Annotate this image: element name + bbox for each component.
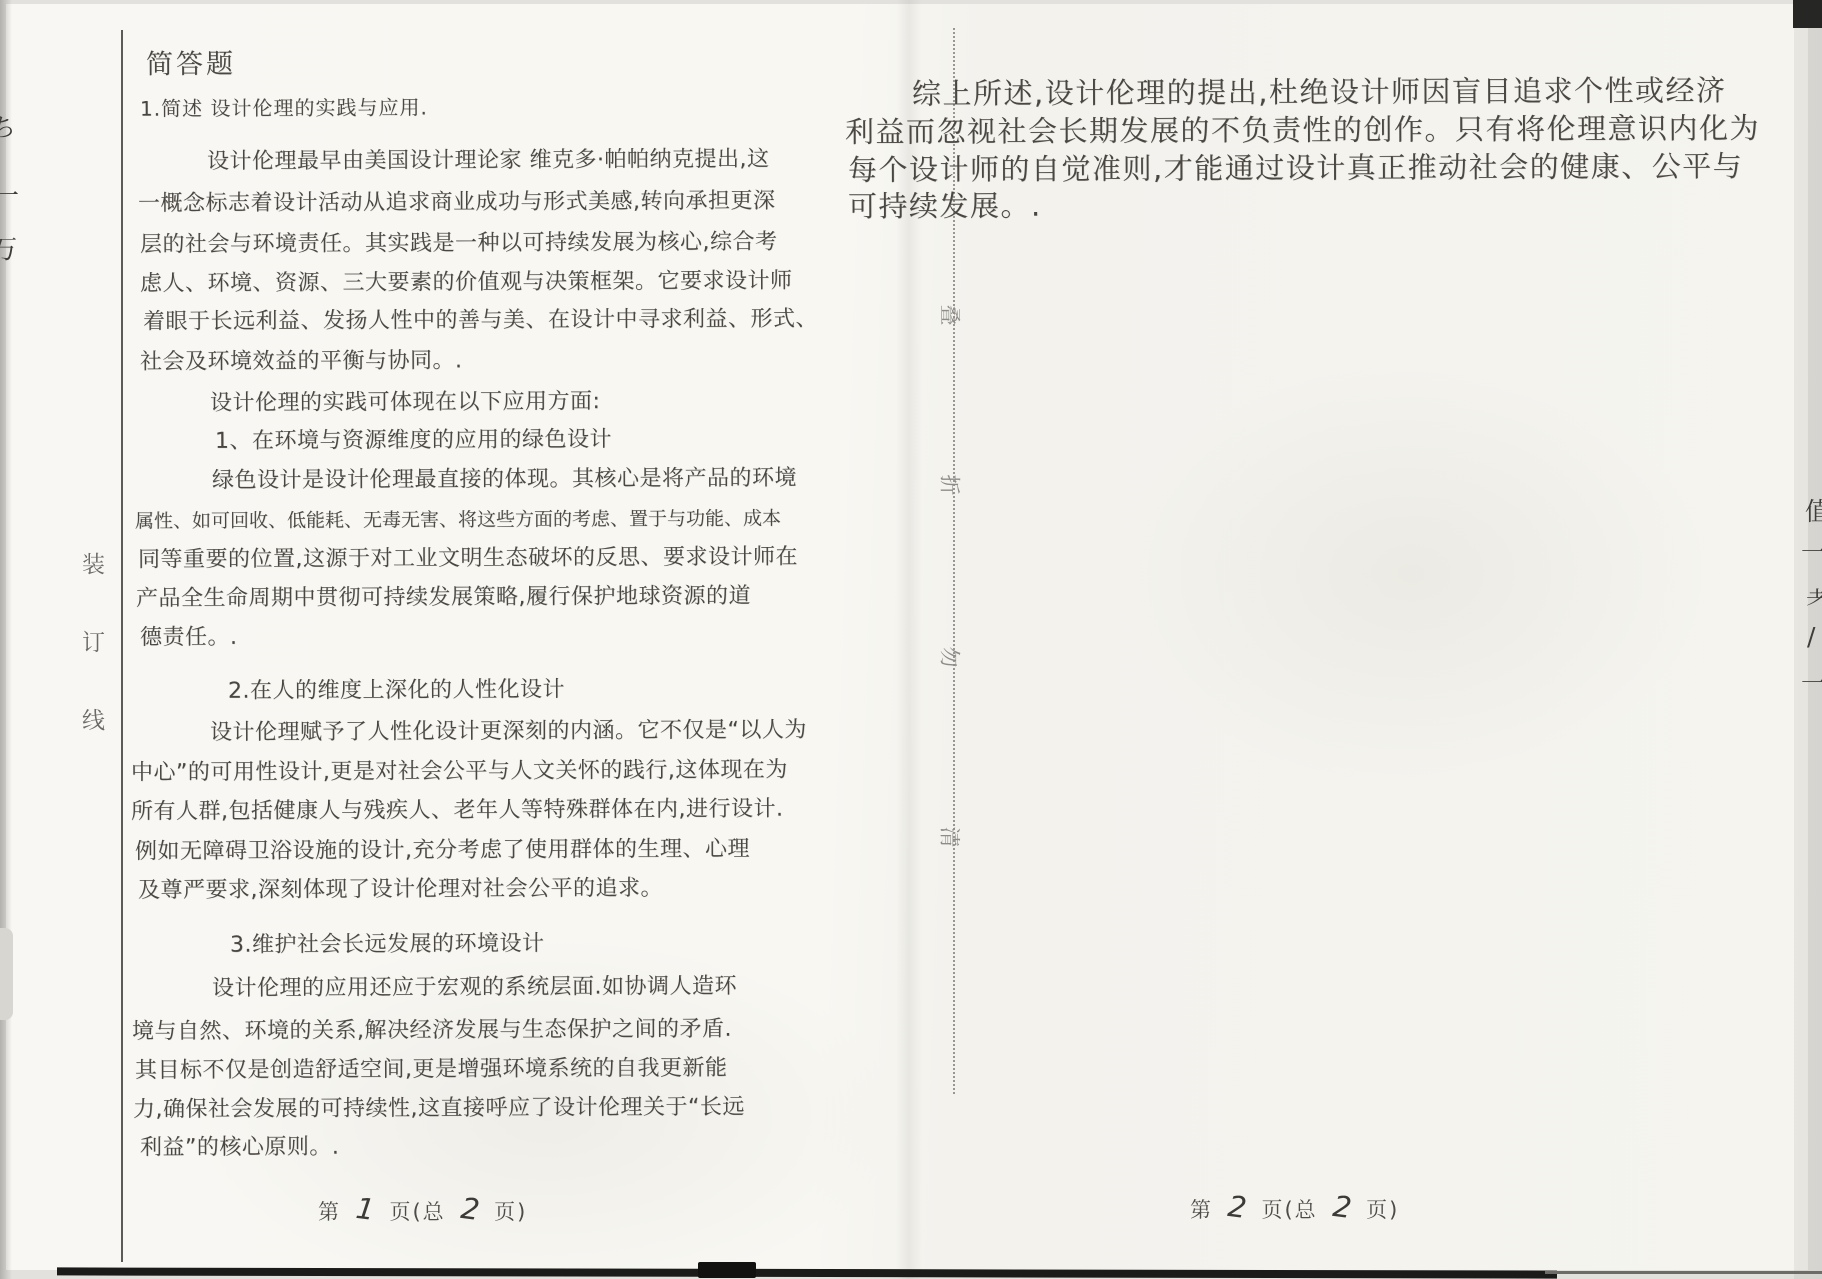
handwritten-line: 一概念标志着设计活动从追求商业成功与形式美感,转向承担更深 xyxy=(138,184,776,218)
handwritten-line: 绿色设计是设计伦理最直接的体现。其核心是将产品的环境 xyxy=(212,461,797,495)
handwritten-line: 利益”的核心原则。. xyxy=(140,1130,340,1162)
handwritten-line: 着眼于长远利益、发扬人性中的善与美、在设计中寻求利益、形式、 xyxy=(143,302,818,336)
handwritten-line: 境与自然、环境的关系,解决经济发展与生态保护之间的矛盾. xyxy=(132,1012,732,1046)
scan-left-smudge xyxy=(0,928,13,1020)
edge-fragment-glyph: 值 xyxy=(1805,492,1822,528)
handwritten-line: 所有人群,包括健康人与残疾人、老年人等特殊群体在内,进行设计. xyxy=(131,792,784,826)
scan-bottom-edge-artifact xyxy=(698,1262,756,1278)
fold-line-char: 折 xyxy=(936,475,966,496)
footer-total-pages: 2 xyxy=(1331,1189,1353,1225)
handwritten-line: 每个设计师的自觉准则,才能通过设计真正推动社会的健康、公平与 xyxy=(848,144,1743,189)
handwritten-line: 3.维护社会长远发展的环境设计 xyxy=(230,926,545,958)
binding-label-char: 订 xyxy=(82,624,105,657)
footer-page-number: 1 xyxy=(354,1191,376,1227)
footer-label: 页(总 xyxy=(389,1196,445,1226)
handwritten-line: 力,确保社会发展的可持续性,这直接呼应了设计伦理关于“长远 xyxy=(133,1090,745,1124)
handwritten-line: 其目标不仅是创造舒适空间,更是增强环境系统的自我更新能 xyxy=(135,1051,728,1085)
handwritten-line: 及尊严要求,深刻体现了设计伦理对社会公平的追求。 xyxy=(138,871,663,904)
binding-label-char: 线 xyxy=(82,702,105,735)
handwritten-line: 1、在环境与资源维度的应用的绿色设计 xyxy=(215,422,612,455)
handwritten-line: 产品全生命周期中贯彻可持续发展策略,履行保护地球资源的道 xyxy=(136,579,751,613)
handwritten-line: 虑人、环境、资源、三大要素的价值观与决策框架。它要求设计师 xyxy=(140,264,793,298)
handwritten-line: 社会及环境效益的平衡与协同。. xyxy=(140,343,463,375)
edge-fragment-glyph: 一 xyxy=(1801,533,1822,569)
handwritten-line: 中心”的可用性设计,更是对社会公平与人文关怀的践行,这体现在为 xyxy=(131,753,788,787)
section-title: 简答题 xyxy=(146,42,236,81)
edge-fragment-glyph: 一 xyxy=(1801,664,1822,700)
footer-label: 第 xyxy=(318,1196,341,1226)
edge-fragment-glyph: 丂 xyxy=(0,230,17,266)
fold-line-char: 勿 xyxy=(936,647,966,668)
edge-fragment-glyph: 一 xyxy=(0,176,19,212)
handwritten-line: 层的社会与环境责任。其实践是一种以可持续发展为核心,综合考 xyxy=(140,225,778,259)
question-line: 1.简述 设计伦理的实践与应用. xyxy=(140,91,428,121)
footer-page-number: 2 xyxy=(1226,1189,1248,1225)
footer-total-pages: 2 xyxy=(459,1191,481,1227)
binding-label-char: 装 xyxy=(82,546,105,579)
handwritten-line: 属性、如可回收、低能耗、无毒无害、将这些方面的考虑、置于与功能、成本 xyxy=(135,504,781,534)
fold-line-char: 清 xyxy=(936,827,966,848)
handwritten-line: 设计伦理赋予了人性化设计更深刻的内涵。它不仅是“以人为 xyxy=(210,713,807,747)
handwritten-line: 可持续发展。. xyxy=(848,184,1042,226)
page-footer-right: 第 2 页(总 2 页) xyxy=(1190,1190,1399,1224)
scan-corner-artifact xyxy=(1793,0,1822,28)
handwritten-line: 同等重要的位置,这源于对工业文明生态破坏的反思、要求设计师在 xyxy=(138,540,798,574)
handwritten-line: 2.在人的维度上深化的人性化设计 xyxy=(228,672,565,704)
edge-fragment-glyph: ち xyxy=(0,108,16,144)
handwritten-line: 例如无障碍卫浴设施的设计,充分考虑了使用群体的生理、心理 xyxy=(135,832,750,866)
handwritten-line: 设计伦理的应用还应于宏观的系统层面.如协调人造环 xyxy=(212,969,737,1002)
handwritten-line: 德责任。. xyxy=(140,620,238,651)
edge-fragment-glyph: 耂 xyxy=(1806,580,1822,616)
handwritten-line: 设计伦理的实践可体现在以下应用方面: xyxy=(210,384,601,417)
edge-fragment-glyph: / xyxy=(1807,622,1815,651)
footer-label: 页) xyxy=(494,1196,527,1226)
handwritten-line: 设计伦理最早由美国设计理论家 维克多·帕帕纳克提出,这 xyxy=(207,142,770,175)
scanned-answer-sheet: 装 订 线 叠 折 勿 清 简答题 1.简述 设计伦理的实践与应用. 设计伦理最… xyxy=(0,0,1822,1279)
page-footer-left: 第 1 页(总 2 页) xyxy=(318,1192,527,1226)
scan-bottom-edge-artifact xyxy=(1545,1271,1822,1274)
footer-label: 页(总 xyxy=(1261,1194,1317,1224)
footer-label: 第 xyxy=(1190,1194,1213,1224)
binding-border-line xyxy=(121,30,123,1262)
fold-line-char: 叠 xyxy=(936,305,966,326)
footer-label: 页) xyxy=(1366,1194,1399,1224)
